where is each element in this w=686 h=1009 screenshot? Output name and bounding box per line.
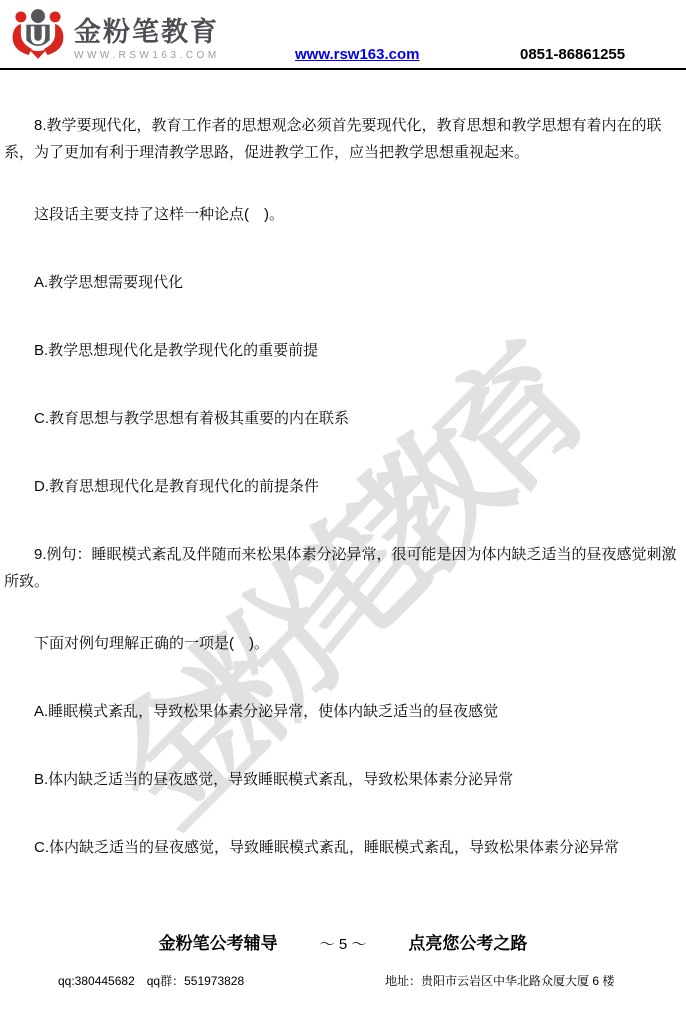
footer-brand: 金粉笔公考辅导 bbox=[159, 929, 278, 954]
footer-address: 地址：贵阳市云岩区中华北路众厦大厦 6 楼 bbox=[385, 972, 614, 989]
document-body: 8.教学要现代化，教育工作者的思想观念必须首先要现代化，教育思想和教学思想有着内… bbox=[4, 70, 680, 861]
question-8-prompt: 这段话主要支持了这样一种论点( )。 bbox=[4, 201, 680, 228]
question-8-option-b: B.教学思想现代化是教学现代化的重要前提 bbox=[4, 337, 680, 364]
website-link[interactable]: www.rsw163.com bbox=[295, 46, 420, 63]
page-header: 金粉笔教育 WWW.RSW163.COM www.rsw163.com 0851… bbox=[0, 0, 686, 70]
page-number: ～ 5 ～ bbox=[320, 933, 367, 954]
brand-logo-icon bbox=[10, 5, 66, 63]
footer-slogan: 点亮您公考之路 bbox=[408, 929, 527, 954]
question-9-stem: 9.例句：睡眠模式紊乱及伴随而来松果体素分泌异常，很可能是因为体内缺乏适当的昼夜… bbox=[4, 541, 680, 595]
question-8-option-d: D.教育思想现代化是教育现代化的前提条件 bbox=[4, 473, 680, 500]
brand-subtitle: WWW.RSW163.COM bbox=[74, 50, 220, 61]
footer-qq-contact: qq:380445682 qq群：551973828 bbox=[58, 972, 244, 989]
question-8-option-a: A.教学思想需要现代化 bbox=[4, 269, 680, 296]
question-9-option-b: B.体内缺乏适当的昼夜感觉，导致睡眠模式紊乱，导致松果体素分泌异常 bbox=[4, 766, 680, 793]
question-9-option-a: A.睡眠模式紊乱，导致松果体素分泌异常，使体内缺乏适当的昼夜感觉 bbox=[4, 698, 680, 725]
question-9-option-c: C.体内缺乏适当的昼夜感觉，导致睡眠模式紊乱，睡眠模式紊乱，导致松果体素分泌异常 bbox=[4, 834, 680, 861]
brand-text: 金粉笔教育 WWW.RSW163.COM bbox=[74, 5, 220, 61]
brand-logo: 金粉笔教育 WWW.RSW163.COM bbox=[10, 5, 220, 63]
question-8-option-c: C.教育思想与教学思想有着极其重要的内在联系 bbox=[4, 405, 680, 432]
footer-banner: 金粉笔公考辅导 ～ 5 ～ 点亮您公考之路 bbox=[0, 929, 686, 954]
question-9-prompt: 下面对例句理解正确的一项是( )。 bbox=[4, 630, 680, 657]
phone-number: 0851-86861255 bbox=[520, 46, 625, 63]
brand-name: 金粉笔教育 bbox=[74, 19, 220, 46]
question-8-stem: 8.教学要现代化，教育工作者的思想观念必须首先要现代化，教育思想和教学思想有着内… bbox=[4, 112, 680, 166]
